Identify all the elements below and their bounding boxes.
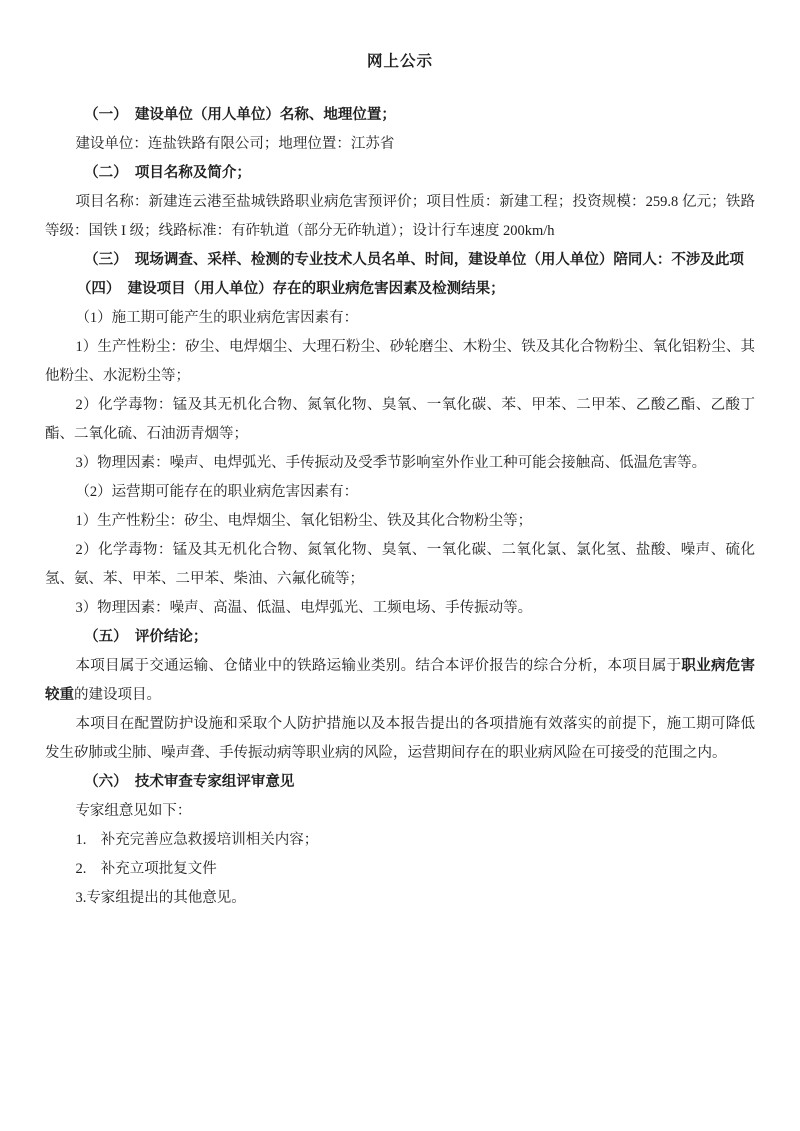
construction-period-intro: （1）施工期可能产生的职业病危害因素有： (45, 304, 755, 333)
operation-chemical-hazards: 2）化学毒物：锰及其无机化合物、氮氧化物、臭氧、一氧化碳、二氧化氯、氯化氢、盐酸… (45, 536, 755, 594)
section-6-heading: （六） 技术审查专家组评审意见 (45, 768, 755, 797)
section-4-heading: （四） 建设项目（用人单位）存在的职业病危害因素及检测结果； (45, 275, 755, 304)
operation-dust-hazards: 1）生产性粉尘：矽尘、电焊烟尘、氧化铝粉尘、铁及其化合物粉尘等； (45, 507, 755, 536)
project-summary-paragraph: 项目名称：新建连云港至盐城铁路职业病危害预评价；项目性质：新建工程；投资规模：2… (45, 188, 755, 246)
section-1-heading: （一） 建设单位（用人单位）名称、地理位置； (45, 101, 755, 130)
expert-opinion-item-1: 1. 补充完善应急救援培训相关内容； (45, 826, 755, 855)
construction-chemical-hazards: 2）化学毒物：锰及其无机化合物、氮氧化物、臭氧、一氧化碳、苯、甲苯、二甲苯、乙酸… (45, 391, 755, 449)
construction-physical-hazards: 3）物理因素：噪声、电焊弧光、手传振动及受季节影响室外作业工种可能会接触高、低温… (45, 449, 755, 478)
operation-period-intro: （2）运营期可能存在的职业病危害因素有： (45, 478, 755, 507)
section-5-heading: （五） 评价结论； (45, 623, 755, 652)
construction-unit-paragraph: 建设单位：连盐铁路有限公司；地理位置：江苏省 (45, 130, 755, 159)
document-title: 网上公示 (45, 50, 755, 74)
operation-physical-hazards: 3）物理因素：噪声、高温、低温、电焊弧光、工频电场、手传振动等。 (45, 594, 755, 623)
evaluation-conclusion-paragraph: 本项目属于交通运输、仓储业中的铁路运输业类别。结合本评价报告的综合分析，本项目属… (45, 652, 755, 710)
conclusion-text-end: 的建设项目。 (74, 687, 161, 703)
section-3-heading: （三） 现场调查、采样、检测的专业技术人员名单、时间，建设单位（用人单位）陪同人… (45, 246, 755, 275)
construction-dust-hazards: 1）生产性粉尘：矽尘、电焊烟尘、大理石粉尘、砂轮磨尘、木粉尘、铁及其化合物粉尘、… (45, 333, 755, 391)
protective-measures-paragraph: 本项目在配置防护设施和采取个人防护措施以及本报告提出的各项措施有效落实的前提下，… (45, 710, 755, 768)
expert-opinion-item-3: 3.专家组提出的其他意见。 (45, 884, 755, 913)
notice-document-page: 网上公示 （一） 建设单位（用人单位）名称、地理位置； 建设单位：连盐铁路有限公… (0, 0, 800, 1131)
expert-opinion-item-2: 2. 补充立项批复文件 (45, 855, 755, 884)
expert-opinion-intro: 专家组意见如下： (45, 797, 755, 826)
conclusion-text: 本项目属于交通运输、仓储业中的铁路运输业类别。结合本评价报告的综合分析，本项目属… (75, 658, 681, 674)
section-2-heading: （二） 项目名称及简介； (45, 159, 755, 188)
